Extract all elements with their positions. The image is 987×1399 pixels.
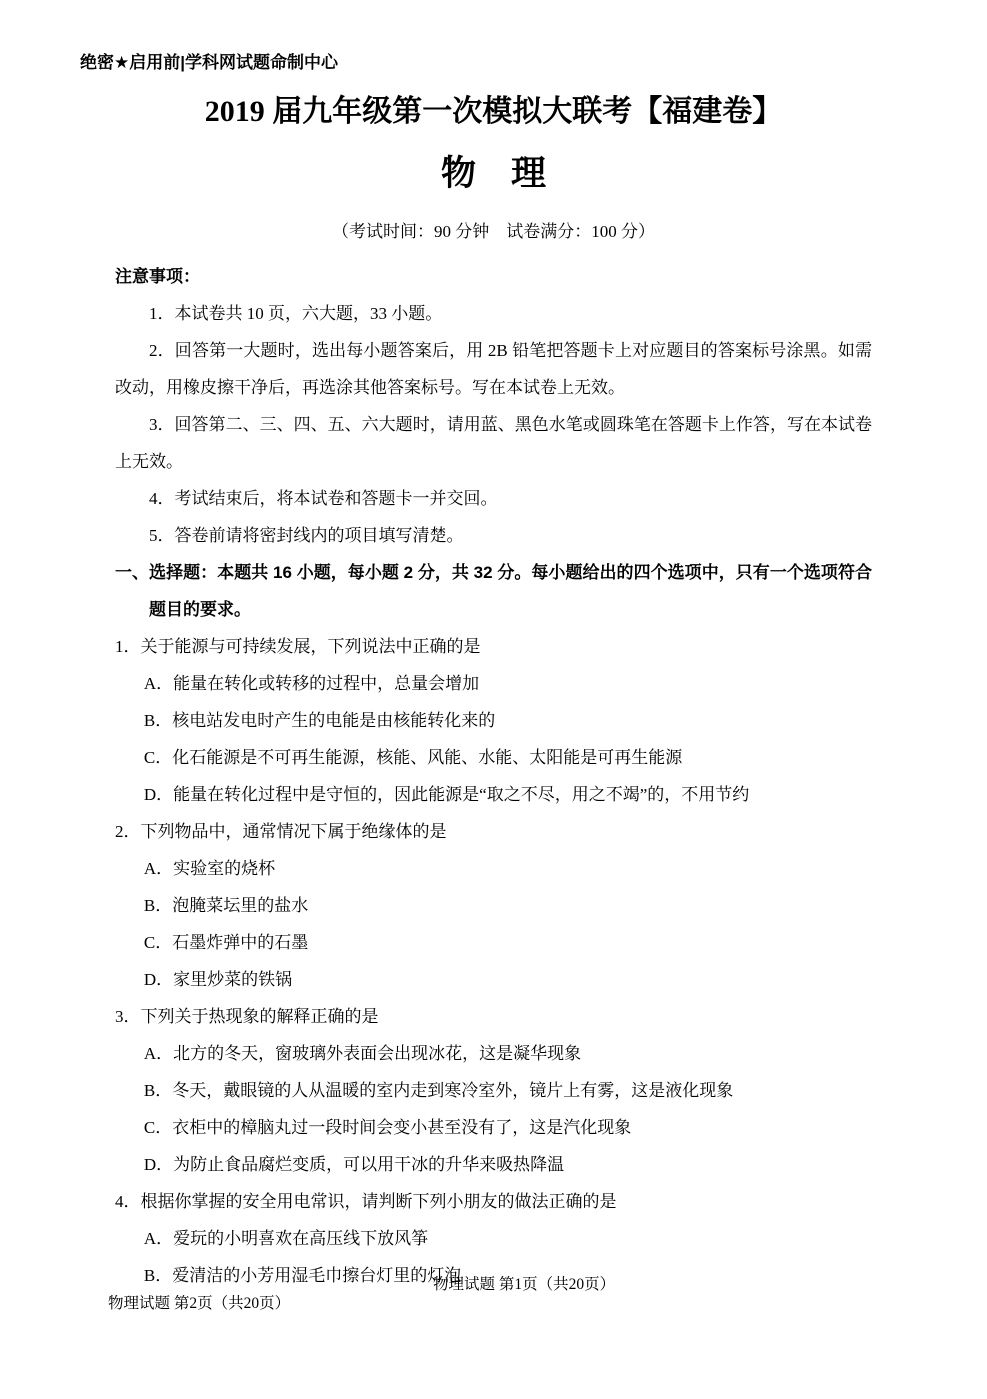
question-3-text: 下列关于热现象的解释正确的是 [141, 1007, 379, 1026]
question-2-text: 下列物品中，通常情况下属于绝缘体的是 [141, 822, 447, 841]
option-text: 冬天，戴眼镜的人从温暖的室内走到寒冷室外，镜片上有雾，这是液化现象 [172, 1081, 733, 1100]
option-label: D． [144, 970, 173, 989]
question-3-option-d: D．为防止食品腐烂变质，可以用干冰的升华来吸热降温 [115, 1146, 872, 1183]
option-label: D． [144, 785, 173, 804]
option-label: C． [144, 748, 172, 767]
option-label: B． [144, 1081, 172, 1100]
question-1-text: 关于能源与可持续发展，下列说法中正确的是 [141, 637, 481, 656]
question-3-option-c: C．衣柜中的樟脑丸过一段时间会变小甚至没有了，这是汽化现象 [115, 1109, 872, 1146]
question-2-number: 2． [115, 822, 141, 841]
question-2-option-b: B．泡腌菜坛里的盐水 [115, 887, 872, 924]
question-4-number: 4． [115, 1192, 141, 1211]
notice-item-1: 1．本试卷共 10 页，六大题，33 小题。 [115, 295, 872, 332]
question-1-option-b: B．核电站发电时产生的电能是由核能转化来的 [115, 702, 872, 739]
notices-heading: 注意事项： [115, 258, 872, 295]
security-header: 绝密★启用前|学科网试题命制中心 [80, 52, 987, 74]
notice-item-5: 5．答卷前请将密封线内的项目填写清楚。 [115, 517, 872, 554]
question-1-option-d: D．能量在转化过程中是守恒的，因此能源是“取之不尽，用之不竭”的，不用节约 [115, 776, 872, 813]
option-text: 实验室的烧杯 [173, 859, 275, 878]
option-label: D． [144, 1155, 173, 1174]
option-text: 核电站发电时产生的电能是由核能转化来的 [172, 711, 495, 730]
question-4-text: 根据你掌握的安全用电常识，请判断下列小朋友的做法正确的是 [141, 1192, 617, 1211]
exam-title: 2019 届九年级第一次模拟大联考【福建卷】 [0, 94, 987, 130]
option-label: B． [144, 1266, 172, 1285]
question-4-stem: 4．根据你掌握的安全用电常识，请判断下列小朋友的做法正确的是 [115, 1183, 872, 1220]
notice-item-4: 4．考试结束后，将本试卷和答题卡一并交回。 [115, 480, 872, 517]
exam-info-line: （考试时间：90 分钟 试卷满分：100 分） [0, 220, 987, 244]
option-text: 能量在转化过程中是守恒的，因此能源是“取之不尽，用之不竭”的，不用节约 [173, 785, 749, 804]
notice-item-2: 2．回答第一大题时，选出每小题答案后，用 2B 铅笔把答题卡上对应题目的答案标号… [115, 332, 872, 406]
question-3-stem: 3．下列关于热现象的解释正确的是 [115, 998, 872, 1035]
option-label: B． [144, 711, 172, 730]
page-footer-page2: 物理试题 第2页（共20页） [108, 1295, 290, 1313]
question-1: 1．关于能源与可持续发展，下列说法中正确的是 A．能量在转化或转移的过程中，总量… [115, 628, 872, 813]
option-text: 衣柜中的樟脑丸过一段时间会变小甚至没有了，这是汽化现象 [172, 1118, 631, 1137]
question-2-option-d: D．家里炒菜的铁锅 [115, 961, 872, 998]
option-label: A． [144, 1044, 173, 1063]
subject-title: 物 理 [0, 152, 987, 196]
option-text: 家里炒菜的铁锅 [173, 970, 292, 989]
exam-body: 注意事项： 1．本试卷共 10 页，六大题，33 小题。 2．回答第一大题时，选… [115, 258, 872, 1294]
question-1-option-c: C．化石能源是不可再生能源，核能、风能、水能、太阳能是可再生能源 [115, 739, 872, 776]
question-4-option-a: A．爱玩的小明喜欢在高压线下放风筝 [115, 1220, 872, 1257]
question-3-option-b: B．冬天，戴眼镜的人从温暖的室内走到寒冷室外，镜片上有雾，这是液化现象 [115, 1072, 872, 1109]
question-1-option-a: A．能量在转化或转移的过程中，总量会增加 [115, 665, 872, 702]
option-label: C． [144, 1118, 172, 1137]
option-text: 泡腌菜坛里的盐水 [172, 896, 308, 915]
option-label: B． [144, 896, 172, 915]
question-2-option-c: C．石墨炸弹中的石墨 [115, 924, 872, 961]
section-1-heading: 一、选择题：本题共 16 小题，每小题 2 分，共 32 分。每小题给出的四个选… [115, 554, 872, 628]
option-label: A． [144, 674, 173, 693]
question-1-stem: 1．关于能源与可持续发展，下列说法中正确的是 [115, 628, 872, 665]
option-label: A． [144, 859, 173, 878]
option-text: 石墨炸弹中的石墨 [172, 933, 308, 952]
option-text: 爱清洁的小芳用湿毛巾擦台灯里的灯泡 [172, 1266, 461, 1285]
option-text: 化石能源是不可再生能源，核能、风能、水能、太阳能是可再生能源 [172, 748, 682, 767]
question-2-option-a: A．实验室的烧杯 [115, 850, 872, 887]
page-footer-page1: 物理试题 第1页（共20页） [433, 1276, 615, 1294]
question-2-stem: 2．下列物品中，通常情况下属于绝缘体的是 [115, 813, 872, 850]
question-2: 2．下列物品中，通常情况下属于绝缘体的是 A．实验室的烧杯 B．泡腌菜坛里的盐水… [115, 813, 872, 998]
option-text: 北方的冬天，窗玻璃外表面会出现冰花，这是凝华现象 [173, 1044, 581, 1063]
question-3: 3．下列关于热现象的解释正确的是 A．北方的冬天，窗玻璃外表面会出现冰花，这是凝… [115, 998, 872, 1183]
option-text: 能量在转化或转移的过程中，总量会增加 [173, 674, 479, 693]
exam-paper-page: 绝密★启用前|学科网试题命制中心 2019 届九年级第一次模拟大联考【福建卷】 … [0, 0, 987, 1399]
notice-item-3: 3．回答第二、三、四、五、六大题时，请用蓝、黑色水笔或圆珠笔在答题卡上作答，写在… [115, 406, 872, 480]
option-text: 爱玩的小明喜欢在高压线下放风筝 [173, 1229, 428, 1248]
option-label: A． [144, 1229, 173, 1248]
question-1-number: 1． [115, 637, 141, 656]
question-3-option-a: A．北方的冬天，窗玻璃外表面会出现冰花，这是凝华现象 [115, 1035, 872, 1072]
question-3-number: 3． [115, 1007, 141, 1026]
option-label: C． [144, 933, 172, 952]
option-text: 为防止食品腐烂变质，可以用干冰的升华来吸热降温 [173, 1155, 564, 1174]
